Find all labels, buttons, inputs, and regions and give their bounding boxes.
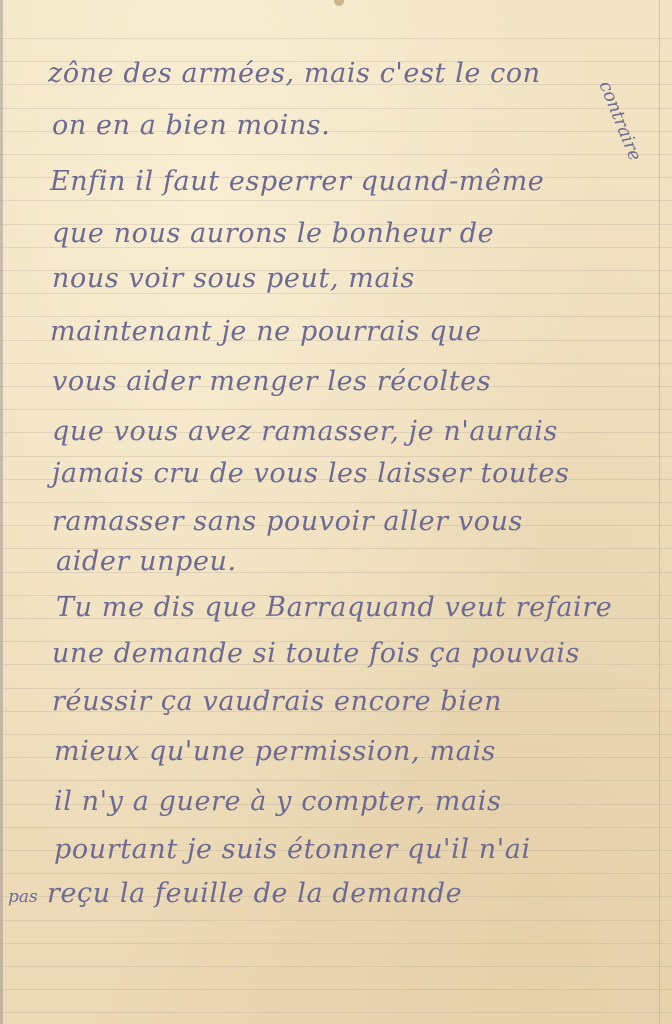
line-text: jamais cru de vous les laisser toutes bbox=[52, 458, 569, 489]
ruled-line bbox=[0, 409, 672, 410]
line-text: il n'y a guere à y compter, mais bbox=[54, 786, 501, 817]
line-text: on en a bien moins. bbox=[52, 110, 330, 141]
line-text: reçu la feuille de la demande bbox=[47, 878, 462, 909]
letter-page: contraire zône des armées, mais c'est le… bbox=[0, 0, 672, 1024]
text-line: on en a bien moins. bbox=[0, 112, 672, 139]
line-text: nous voir sous peut, mais bbox=[52, 263, 415, 294]
ruled-line bbox=[0, 456, 672, 457]
line-text: aider unpeu. bbox=[56, 546, 237, 577]
text-line: pourtant je suis étonner qu'il n'ai bbox=[0, 836, 672, 863]
ruled-line bbox=[0, 38, 672, 39]
ruled-line bbox=[0, 363, 672, 364]
ruled-line bbox=[0, 780, 672, 781]
ruled-line bbox=[0, 108, 672, 109]
ruled-line bbox=[0, 966, 672, 967]
line-text: vous aider menger les récoltes bbox=[52, 366, 491, 397]
line-text: réussir ça vaudrais encore bien bbox=[52, 686, 502, 717]
ruled-line bbox=[0, 1012, 672, 1013]
text-line: vous aider menger les récoltes bbox=[0, 368, 672, 395]
line-text: pourtant je suis étonner qu'il n'ai bbox=[54, 834, 531, 865]
text-line: réussir ça vaudrais encore bien bbox=[0, 688, 672, 715]
text-line: mieux qu'une permission, mais bbox=[0, 738, 672, 765]
text-line: il n'y a guere à y compter, mais bbox=[0, 788, 672, 815]
paper-stain bbox=[334, 0, 344, 6]
line-text: que nous aurons le bonheur de bbox=[52, 218, 494, 249]
ruled-line bbox=[0, 943, 672, 944]
line-prefix: pas bbox=[8, 887, 38, 907]
ruled-line bbox=[0, 154, 672, 155]
line-text: ramasser sans pouvoir aller vous bbox=[52, 506, 523, 537]
line-text: que vous avez ramasser, je n'aurais bbox=[52, 416, 558, 447]
ruled-line bbox=[0, 920, 672, 921]
text-line: que vous avez ramasser, je n'aurais bbox=[0, 418, 672, 445]
ruled-line bbox=[0, 873, 672, 874]
line-text: une demande si toute fois ça pouvais bbox=[52, 638, 580, 669]
text-line: une demande si toute fois ça pouvais bbox=[0, 640, 672, 667]
line-text: maintenant je ne pourrais que bbox=[50, 316, 482, 347]
text-line: pas reçu la feuille de la demande bbox=[0, 880, 672, 907]
line-text: zône des armées, mais c'est le con bbox=[48, 58, 541, 89]
text-line: Enfin il faut esperrer quand-même bbox=[0, 168, 672, 195]
ruled-line bbox=[0, 734, 672, 735]
text-line: que nous aurons le bonheur de bbox=[0, 220, 672, 247]
ruled-line bbox=[0, 827, 672, 828]
ruled-line bbox=[0, 989, 672, 990]
line-text: mieux qu'une permission, mais bbox=[54, 736, 496, 767]
line-text: Enfin il faut esperrer quand-même bbox=[50, 166, 544, 197]
text-line: zône des armées, mais c'est le con bbox=[0, 60, 672, 87]
text-line: nous voir sous peut, mais bbox=[0, 265, 672, 292]
text-line: maintenant je ne pourrais que bbox=[0, 318, 672, 345]
text-line: aider unpeu. bbox=[0, 548, 672, 575]
text-line: Tu me dis que Barraquand veut refaire bbox=[0, 594, 672, 621]
text-line: jamais cru de vous les laisser toutes bbox=[0, 460, 672, 487]
line-text: Tu me dis que Barraquand veut refaire bbox=[56, 592, 612, 623]
ruled-line bbox=[0, 200, 672, 201]
ruled-line bbox=[0, 502, 672, 503]
text-line: ramasser sans pouvoir aller vous bbox=[0, 508, 672, 535]
